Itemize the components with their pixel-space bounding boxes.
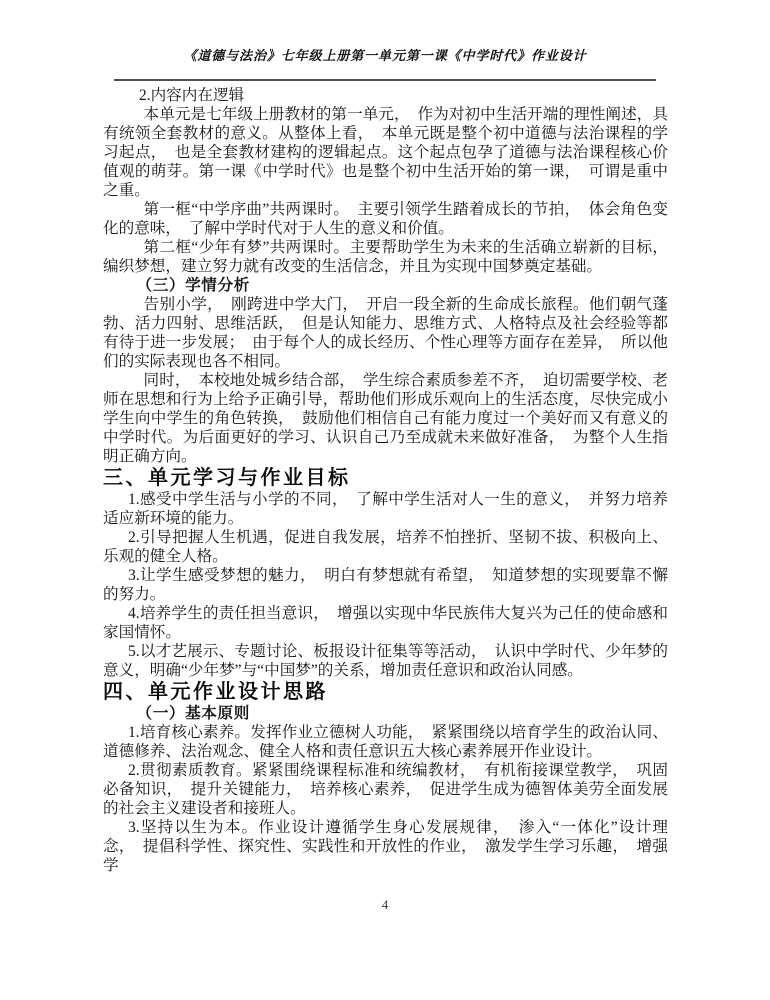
document-body: 2.内容内在逻辑 本单元是七年级上册教材的第一单元， 作为对初中生活开端的理性阐…	[103, 86, 668, 875]
subsection-heading-basic-principles: （一）基本原则	[103, 704, 668, 723]
principle-list-item: 2.贯彻素质教育。紧紧围绕课程标准和统编教材， 有机衔接课堂教学， 巩固必备知识…	[103, 761, 668, 818]
body-paragraph: 同时， 本校地处城乡结合部， 学生综合素质参差不齐， 迫切需要学校、老师在思想和…	[103, 371, 668, 466]
objective-list-item: 5.以才艺展示、专题讨论、板报设计征集等等活动， 认识中学时代、少年梦的意义，明…	[103, 642, 668, 680]
body-paragraph: 告别小学， 刚跨进中学大门， 开启一段全新的生命成长旅程。他们朝气蓬勃、活力四射…	[103, 295, 668, 371]
document-page: 《道德与法治》七年级上册第一单元第一课《中学时代》作业设计 2.内容内在逻辑 本…	[0, 0, 770, 1000]
principle-list-item: 3.坚持以生为本。作业设计遵循学生身心发展规律， 渗入“一体化”设计理念， 提倡…	[103, 818, 668, 875]
section-heading-design-approach: 四、单元作业设计思路	[103, 680, 668, 704]
section-heading-unit-objectives: 三、单元学习与作业目标	[103, 466, 668, 490]
page-number: 4	[0, 897, 770, 913]
section-item-number-title: 2.内容内在逻辑	[103, 86, 668, 105]
objective-list-item: 3.让学生感受梦想的魅力， 明白有梦想就有希望， 知道梦想的实现要靠不懈的努力。	[103, 566, 668, 604]
principle-list-item: 1.培育核心素养。发挥作业立德树人功能， 紧紧围绕以培育学生的政治认同、道德修养…	[103, 723, 668, 761]
subsection-heading-learner-analysis: （三）学情分析	[103, 276, 668, 295]
objective-list-item: 4.培养学生的责任担当意识， 增强以实现中华民族伟大复兴为己任的使命感和家国情怀…	[103, 604, 668, 642]
document-header-title: 《道德与法治》七年级上册第一单元第一课《中学时代》作业设计	[0, 45, 770, 64]
objective-list-item: 1.感受中学生活与小学的不同， 了解中学生活对人一生的意义， 并努力培养适应新环…	[103, 490, 668, 528]
header-divider	[114, 79, 656, 81]
body-paragraph: 本单元是七年级上册教材的第一单元， 作为对初中生活开端的理性阐述，具有统领全套教…	[103, 105, 668, 200]
body-paragraph: 第二框“少年有梦”共两课时。主要帮助学生为未来的生活确立崭新的目标，编织梦想，建…	[103, 238, 668, 276]
body-paragraph: 第一框“中学序曲”共两课时。 主要引领学生踏着成长的节拍， 体会角色变化的意味，…	[103, 200, 668, 238]
objective-list-item: 2.引导把握人生机遇，促进自我发展，培养不怕挫折、坚韧不拔、积极向上、乐观的健全…	[103, 528, 668, 566]
